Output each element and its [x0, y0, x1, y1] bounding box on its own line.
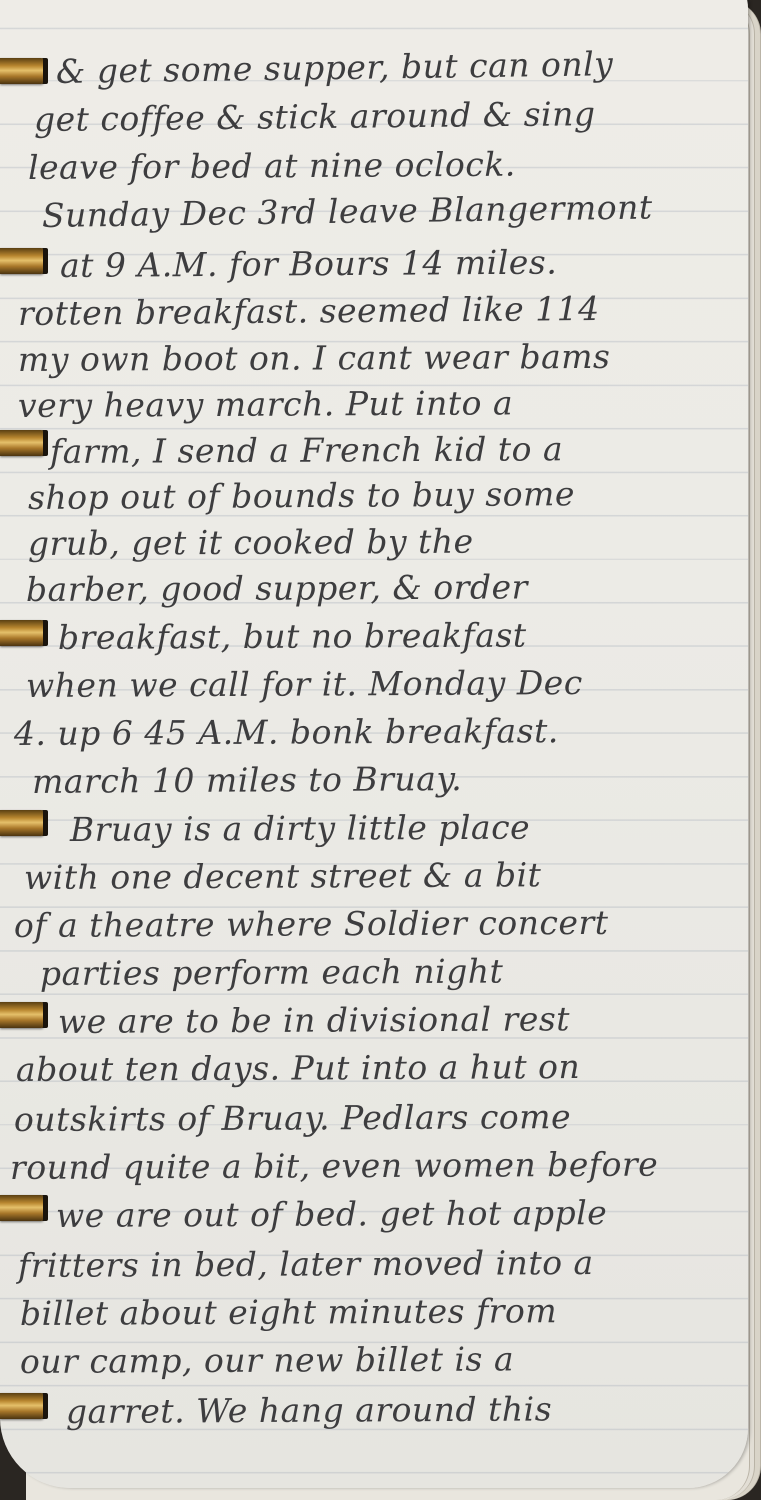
text-line: my own boot on. I cant wear bams	[18, 337, 611, 379]
text-line: march 10 miles to Bruay.	[32, 759, 462, 801]
text-line: Sunday Dec 3rd leave Blangermont	[42, 187, 653, 235]
text-line: fritters in bed, later moved into a	[18, 1243, 594, 1285]
binding-ring-icon	[0, 430, 44, 456]
text-line: outskirts of Bruay. Pedlars come	[14, 1097, 571, 1139]
text-line: Bruay is a dirty little place	[70, 808, 530, 849]
binding-ring-icon	[0, 810, 44, 836]
binding-ring-icon	[0, 1002, 44, 1028]
text-line: our camp, our new billet is a	[20, 1339, 514, 1381]
text-line: & get some supper, but can only	[56, 44, 614, 91]
text-line: get coffee & stick around & sing	[34, 94, 596, 139]
text-line: very heavy march. Put into a	[18, 383, 513, 425]
text-line: barber, good supper, & order	[26, 567, 528, 609]
binding-ring-icon	[0, 58, 44, 84]
text-line: billet about eight minutes from	[20, 1291, 557, 1333]
text-line: shop out of bounds to buy some	[28, 474, 575, 517]
text-line: breakfast, but no breakfast	[58, 616, 527, 657]
text-line: leave for bed at nine oclock.	[28, 145, 516, 187]
binding-ring-icon	[0, 1195, 44, 1221]
binding-ring-icon	[0, 248, 44, 274]
notebook-photo: & get some supper, but can only get coff…	[0, 0, 761, 1500]
text-line: round quite a bit, even women before	[10, 1145, 658, 1187]
text-line: we are out of bed. get hot apple	[56, 1193, 607, 1235]
text-line: about ten days. Put into a hut on	[16, 1047, 580, 1089]
text-line: garret. We hang around this	[66, 1389, 552, 1431]
text-line: of a theatre where Soldier concert	[14, 903, 609, 945]
text-line: when we call for it. Monday Dec	[26, 663, 583, 705]
text-line: with one decent street & a bit	[24, 855, 542, 897]
text-line: parties perform each night	[40, 952, 503, 993]
text-line: farm, I send a French kid to a	[50, 429, 563, 471]
binding-ring-icon	[0, 620, 44, 646]
text-line: we are to be in divisional rest	[58, 999, 570, 1041]
text-line: rotten breakfast. seemed like 114	[18, 289, 600, 333]
text-line: at 9 A.M. for Bours 14 miles.	[60, 243, 558, 285]
handwritten-text: & get some supper, but can only get coff…	[0, 0, 761, 1500]
spiral-binding	[0, 0, 50, 1500]
text-line: grub, get it cooked by the	[28, 522, 474, 563]
text-line: 4. up 6 45 A.M. bonk breakfast.	[14, 711, 559, 753]
binding-ring-icon	[0, 1393, 44, 1419]
